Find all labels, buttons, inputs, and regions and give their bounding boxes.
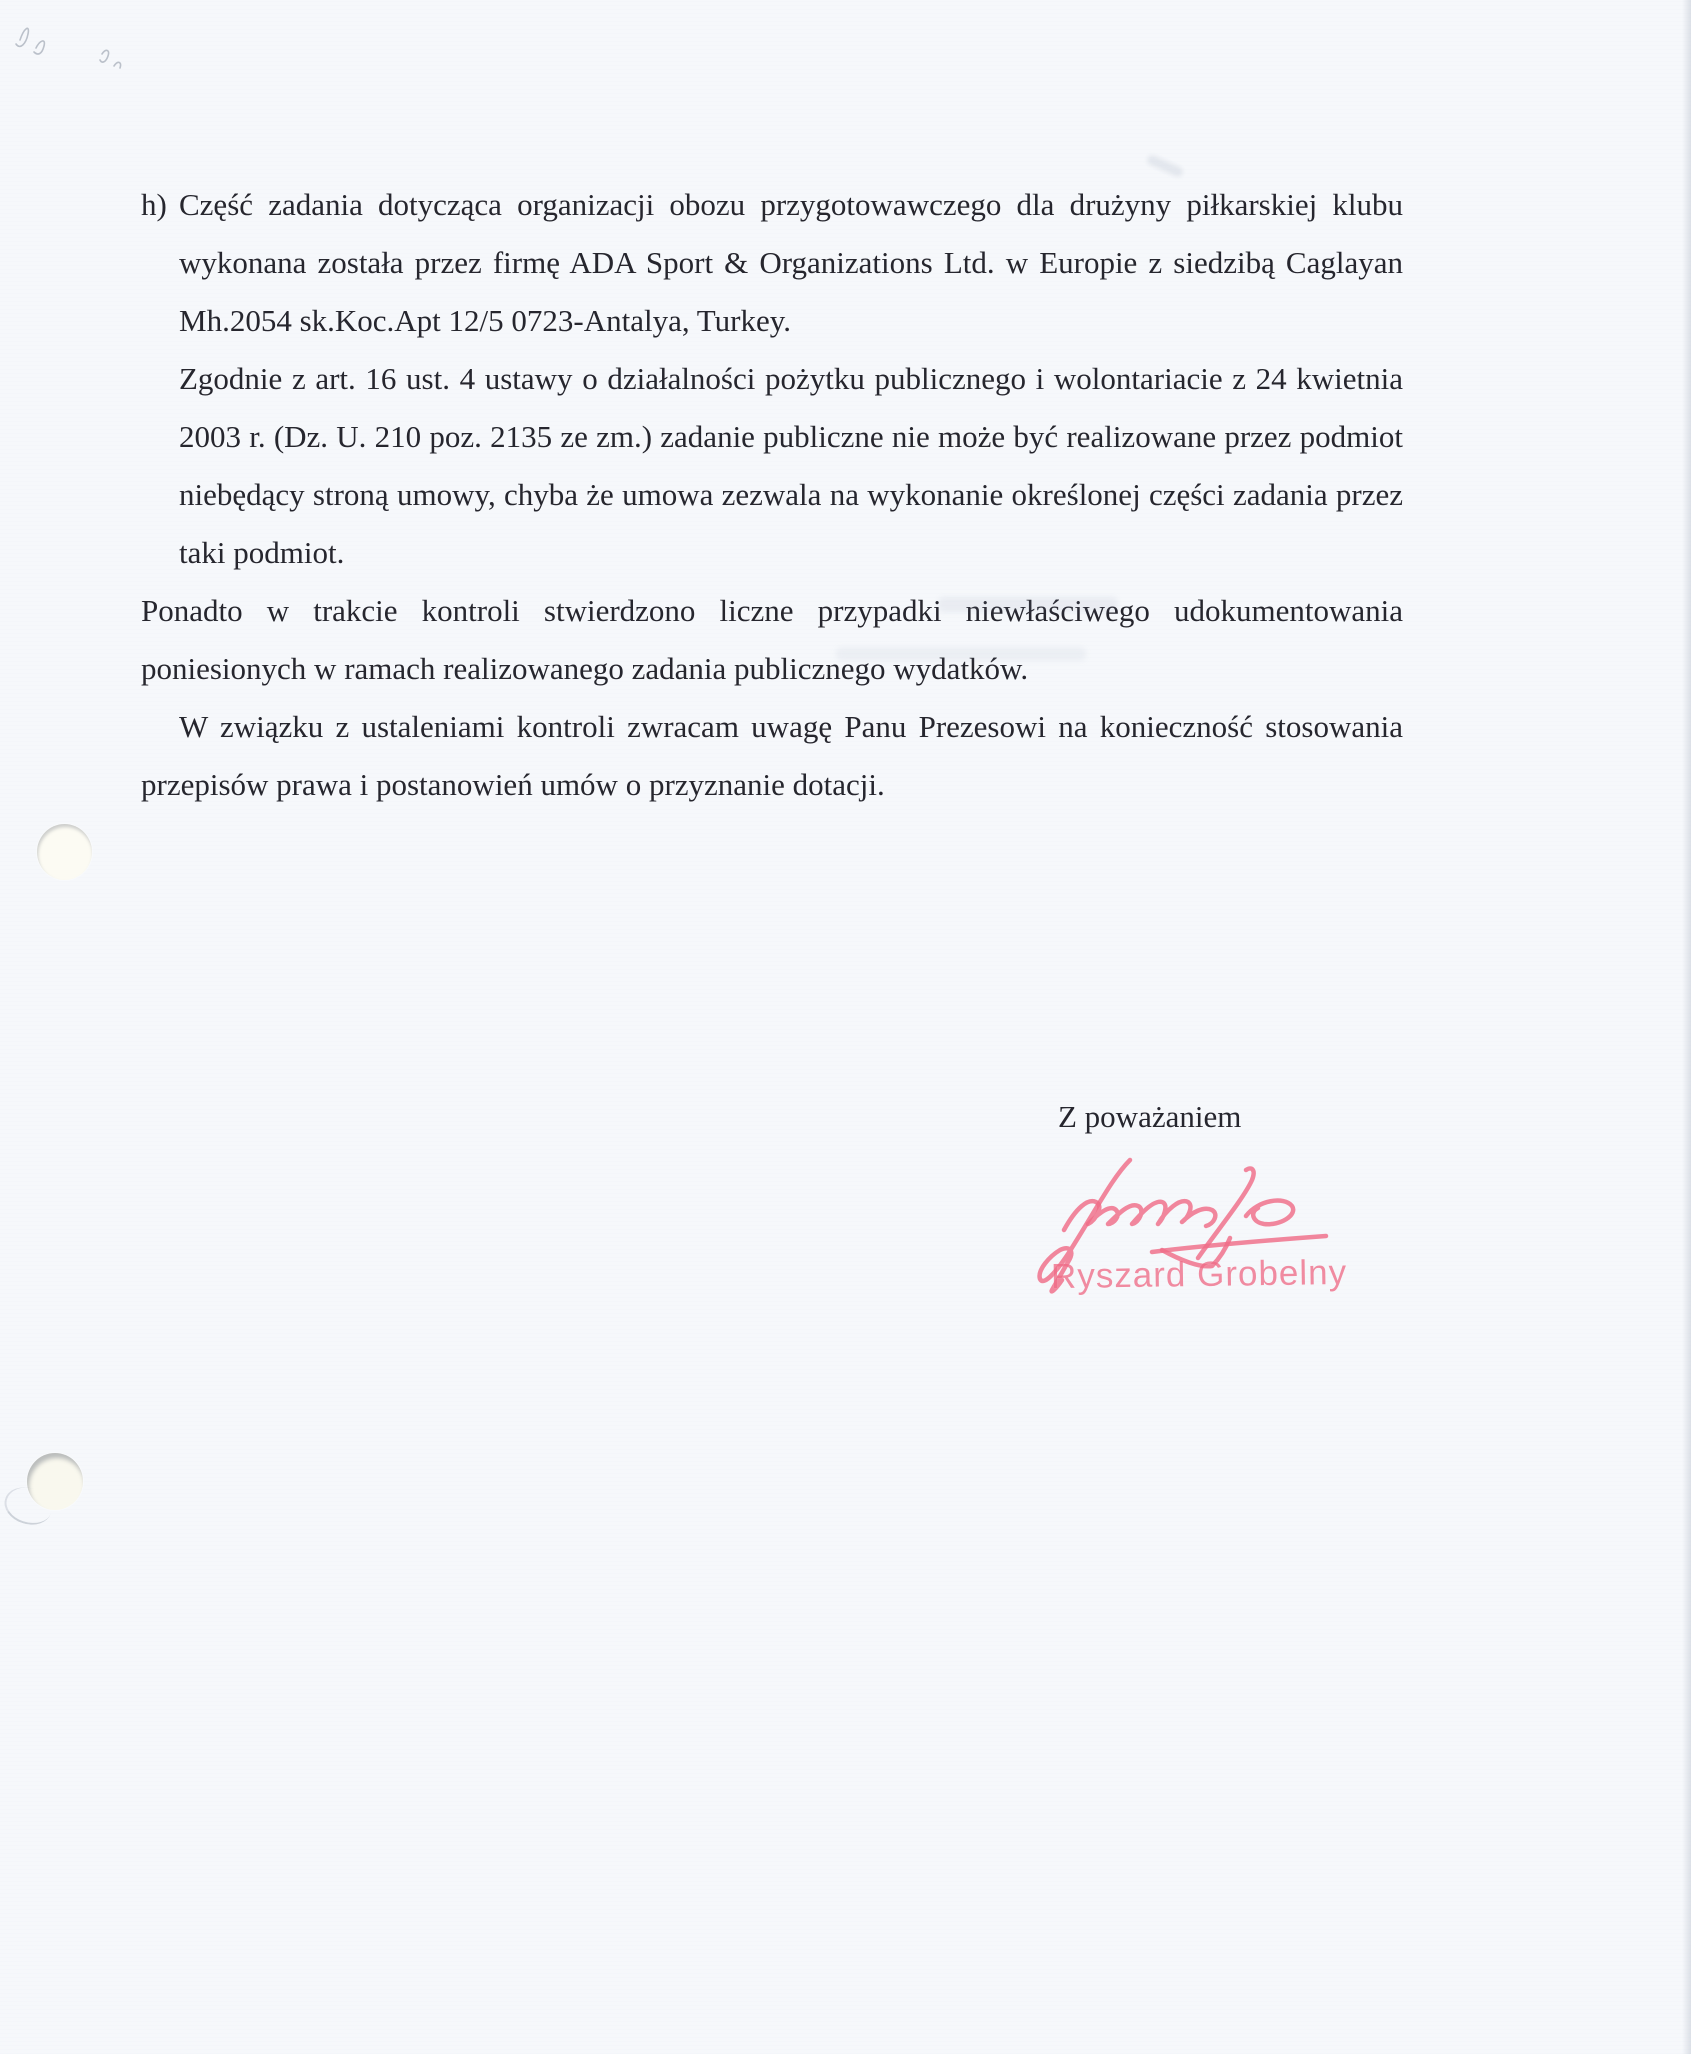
paragraph-ponadto: Ponadto w trakcie kontroli stwierdzono l… xyxy=(141,582,1403,698)
scan-smudge xyxy=(836,647,1086,661)
letter-body: h) Część zadania dotycząca organizacji o… xyxy=(141,176,1403,814)
list-item-h: h) Część zadania dotycząca organizacji o… xyxy=(141,176,1403,350)
signature-middle-stroke xyxy=(1064,1201,1215,1230)
closing-phrase: Z poważaniem xyxy=(1058,1097,1241,1137)
scanned-letter-page: h) Część zadania dotycząca organizacji o… xyxy=(0,0,1691,2054)
signature-underline-stroke xyxy=(1152,1236,1326,1252)
scan-edge-shadow xyxy=(1682,0,1691,2054)
pencil-scribble-marks xyxy=(6,14,156,104)
list-item-h-marker: h) xyxy=(141,176,167,234)
signature-stamp-name: Ryszard Grobelny xyxy=(1051,1253,1348,1297)
list-item-h-text: Część zadania dotycząca organizacji oboz… xyxy=(179,187,1403,338)
scan-smudge xyxy=(1146,154,1185,179)
hole-punch-mark xyxy=(37,824,92,880)
paragraph-w-zwiazku: W związku z ustaleniami kontroli zwracam… xyxy=(141,698,1403,814)
paragraph-zgodnie: Zgodnie z art. 16 ust. 4 ustawy o działa… xyxy=(179,350,1403,582)
scan-smudge xyxy=(938,597,1118,612)
signature-flourish-stroke xyxy=(1246,1201,1293,1225)
